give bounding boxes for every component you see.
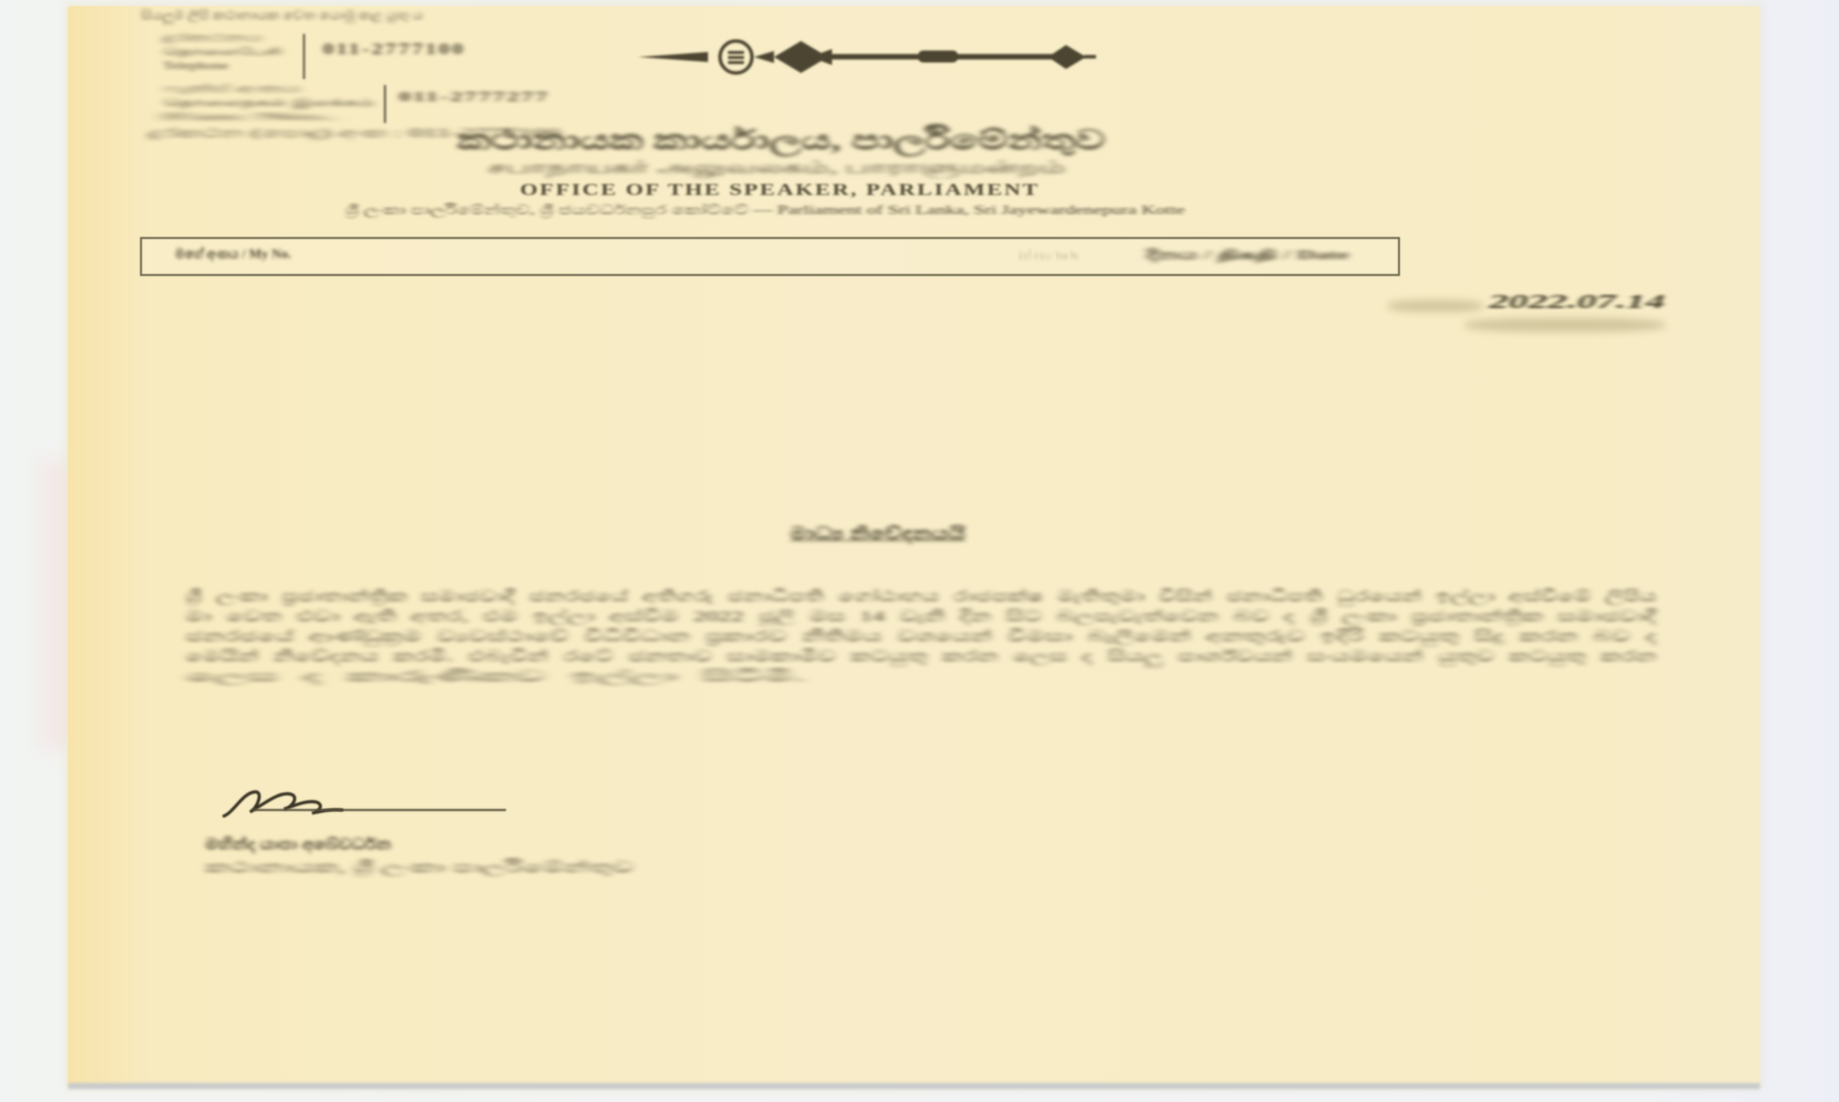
handwritten-date: 2022.07.14 [1489,291,1665,314]
address-line: ශ්‍රී ලංකා පාර්ලිමේන්තුව, ශ්‍රී ජයවර්ධනප… [345,203,1185,217]
office-title-english: OFFICE OF THE SPEAKER, PARLIAMENT [520,180,1040,200]
body-paragraph-line: ජනරජයේ ආණ්ඩුක්‍රම ව්‍යවස්ථාවේ විධිවිධාන … [185,629,1657,646]
signatory-title: කථානායක, ශ්‍රී ලංකා පාර්ලිමේන්තුව [205,860,633,877]
signatory-name: මහින්ද යාපා අබේවර්ධන [205,837,391,854]
scanned-letter-page: සියලුම ලිපි කථානායක වෙත යොමු කළ යුතු ය ද… [0,0,1839,1102]
telephone-label-english: Telephone [163,61,228,73]
release-heading: මාධ්‍ය නිවේදනයයි [790,524,965,544]
body-paragraph-line: ලෙස ද කාරුණිකව ඉල්ලා සිටිමි. [185,669,805,686]
date-label: දිනය / திகதி / Date [1146,248,1349,263]
body-paragraph-line: ශ්‍රී ලංකා ප්‍රජාතාන්ත්‍රික සමාජවාදී ජනර… [185,589,1657,606]
your-no-label: ඔබේ අංකය / Your No. [1018,250,1080,263]
parliament-mace-icon [596,34,1096,80]
my-no-label: මගේ අංකය / My No. [175,247,291,262]
paper-edge-shadow [68,1083,1760,1089]
fax-label-sinhala: ෆැක්ස් අංකය [163,84,301,96]
fax-number: 011-2777277 [399,90,550,106]
body-paragraph-line: මා වෙත එවා ඇති අතර, එම ඉල්ලා අස්වීම 2022… [185,609,1656,626]
signature-line [253,809,506,811]
fax-brace [384,85,386,123]
office-title-tamil: சபாநாயகர் அலுவலகம், பாராளுமன்றம் [488,158,1065,178]
office-title-sinhala: කථානායක කාර්යාලය, පාර්ලිමේන්තුව [457,125,1105,156]
fax-label-english: Fax No. [163,112,334,124]
telephone-label-sinhala: දුරකථනය [163,33,262,45]
telephone-label-tamil: தொலைபேசி [163,47,282,59]
pencil-smudge [1465,318,1665,332]
telephone-number: 011-2777100 [323,41,466,59]
routing-note-line: සියලුම ලිපි කථානායක වෙත යොමු කළ යුතු ය [141,9,423,23]
body-paragraph-line: මෙයින් නිවේදනය කරමි. එබැවින් රටේ ජනතාව ස… [185,649,1656,666]
telephone-brace [303,34,305,79]
fax-label-tamil: தொலைநகல் இலக்கம் [163,98,375,110]
signature-mark [220,782,350,824]
pencil-smudge [1388,300,1483,312]
